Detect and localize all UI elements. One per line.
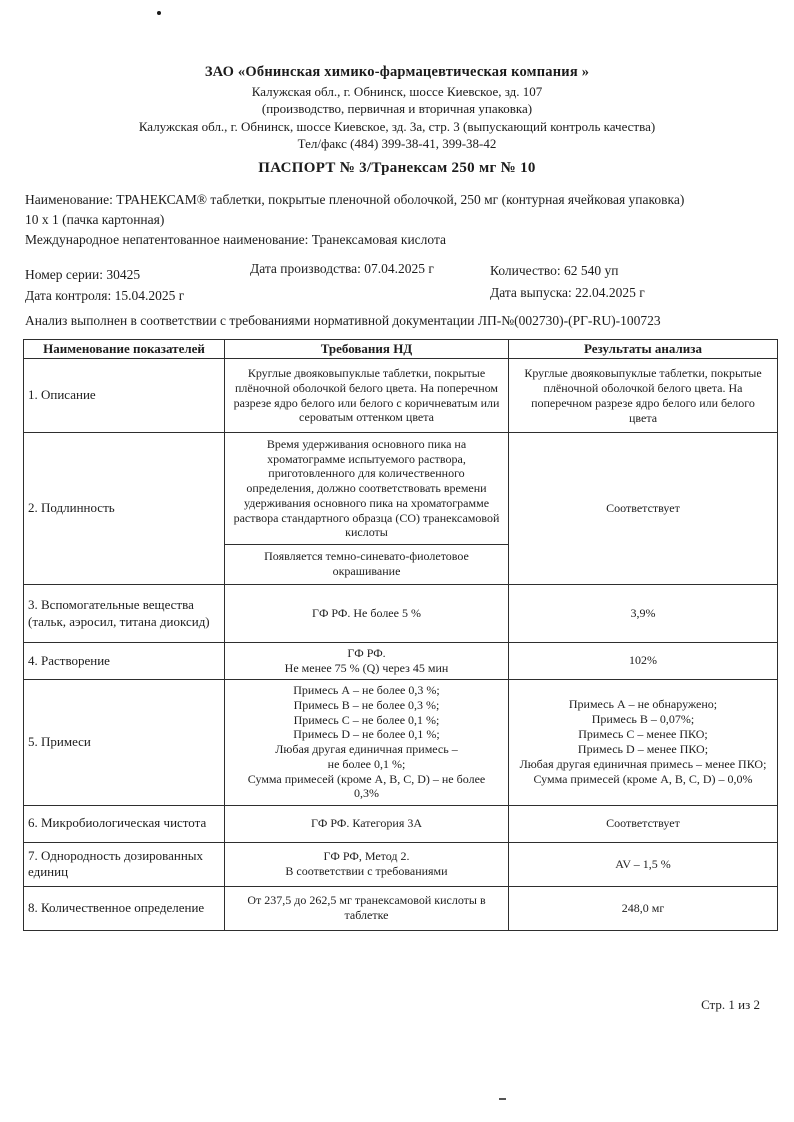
production-note: (производство, первичная и вторичная упа… xyxy=(0,100,794,118)
batch-col-right: Количество: 62 540 уп Дата выпуска: 22.0… xyxy=(490,260,770,306)
indicator-name: 3. Вспомогательные вещества (тальк, аэро… xyxy=(24,585,225,643)
indicator-name: 2. Подлинность xyxy=(24,433,225,585)
document-page: ЗАО «Обнинская химико-фармацевтическая к… xyxy=(0,0,794,1122)
table-row: 8. Количественное определение От 237,5 д… xyxy=(24,886,778,930)
table-row: 2. Подлинность Время удерживания основно… xyxy=(24,433,778,585)
document-header: ЗАО «Обнинская химико-фармацевтическая к… xyxy=(0,0,794,177)
product-name-value: ТРАНЕКСАМ® таблетки, покрытые пленочной … xyxy=(25,192,684,227)
table-row: 4. Растворение ГФ РФ. Не менее 75 % (Q) … xyxy=(24,643,778,680)
indicator-name: 4. Растворение xyxy=(24,643,225,680)
scan-artifact-dash xyxy=(499,1098,506,1100)
product-name-label: Наименование: xyxy=(25,192,113,207)
result-cell: Круглые двояковыпуклые таблетки, покрыты… xyxy=(509,359,778,433)
release-date: Дата выпуска: 22.04.2025 г xyxy=(490,282,770,304)
indicator-name: 1. Описание xyxy=(24,359,225,433)
inn-label: Международное непатентованное наименован… xyxy=(25,232,308,247)
requirement-text: Время удерживания основного пика на хром… xyxy=(225,434,508,544)
header-indicator: Наименование показателей xyxy=(24,340,225,359)
product-name-line: Наименование: ТРАНЕКСАМ® таблетки, покры… xyxy=(25,190,770,230)
requirement-text: От 237,5 до 262,5 мг транексамовой кисло… xyxy=(225,890,508,926)
header-results: Результаты анализа xyxy=(509,340,778,359)
table-row: 7. Однородность дозированных единиц ГФ Р… xyxy=(24,842,778,886)
header-requirements: Требования НД xyxy=(225,340,509,359)
result-cell: 248,0 мг xyxy=(509,886,778,930)
table-header-row: Наименование показателей Требования НД Р… xyxy=(24,340,778,359)
quantity: Количество: 62 540 уп xyxy=(490,260,770,282)
phone-line: Тел/факс (484) 399-38-41, 399-38-42 xyxy=(0,135,794,153)
requirement-text: ГФ РФ, Метод 2. В соответствии с требова… xyxy=(225,846,508,882)
production-date: Дата производства: 07.04.2025 г xyxy=(250,258,490,279)
requirement-cell: От 237,5 до 262,5 мг транексамовой кисло… xyxy=(225,886,509,930)
product-section: Наименование: ТРАНЕКСАМ® таблетки, покры… xyxy=(25,190,770,250)
table-row: 5. Примеси Примесь А – не более 0,3 %; П… xyxy=(24,679,778,805)
requirement-cell: Круглые двояковыпуклые таблетки, покрыты… xyxy=(225,359,509,433)
requirement-cell: Время удерживания основного пика на хром… xyxy=(225,433,509,585)
requirement-text: ГФ РФ. Не менее 75 % (Q) через 45 мин xyxy=(225,643,508,679)
series-number: Номер серии: 30425 xyxy=(25,264,250,285)
address-line-1: Калужская обл., г. Обнинск, шоссе Киевск… xyxy=(0,83,794,101)
requirement-text: Появляется темно-синевато-фиолетовое окр… xyxy=(225,544,508,584)
result-cell: Примесь А – не обнаружено; Примесь В – 0… xyxy=(509,679,778,805)
requirement-cell: Примесь А – не более 0,3 %; Примесь В – … xyxy=(225,679,509,805)
passport-title: ПАСПОРТ № 3/Транексам 250 мг № 10 xyxy=(0,160,794,178)
requirement-text: Круглые двояковыпуклые таблетки, покрыты… xyxy=(225,363,508,428)
table-row: 6. Микробиологическая чистота ГФ РФ. Кат… xyxy=(24,805,778,842)
result-cell: 3,9% xyxy=(509,585,778,643)
result-cell: Соответствует xyxy=(509,805,778,842)
indicator-name: 6. Микробиологическая чистота xyxy=(24,805,225,842)
page-number: Стр. 1 из 2 xyxy=(701,997,760,1013)
table-row: 1. Описание Круглые двояковыпуклые табле… xyxy=(24,359,778,433)
company-name: ЗАО «Обнинская химико-фармацевтическая к… xyxy=(0,64,794,82)
batch-col-middle: Дата производства: 07.04.2025 г xyxy=(250,258,490,306)
result-cell: 102% xyxy=(509,643,778,680)
requirement-text: Примесь А – не более 0,3 %; Примесь В – … xyxy=(225,680,508,804)
requirement-cell: ГФ РФ. Не менее 75 % (Q) через 45 мин xyxy=(225,643,509,680)
requirement-cell: ГФ РФ. Категория 3А xyxy=(225,805,509,842)
requirement-cell: ГФ РФ. Не более 5 % xyxy=(225,585,509,643)
requirement-cell: ГФ РФ, Метод 2. В соответствии с требова… xyxy=(225,842,509,886)
analysis-table: Наименование показателей Требования НД Р… xyxy=(23,339,778,931)
address-line-2: Калужская обл., г. Обнинск, шоссе Киевск… xyxy=(0,118,794,136)
requirement-text: ГФ РФ. Не более 5 % xyxy=(225,603,508,624)
table-row: 3. Вспомогательные вещества (тальк, аэро… xyxy=(24,585,778,643)
indicator-name: 5. Примеси xyxy=(24,679,225,805)
indicator-name: 7. Однородность дозированных единиц xyxy=(24,842,225,886)
result-cell: Соответствует xyxy=(509,433,778,585)
batch-info: Номер серии: 30425 Дата контроля: 15.04.… xyxy=(25,258,770,306)
inn-line: Международное непатентованное наименован… xyxy=(25,230,770,250)
indicator-name: 8. Количественное определение xyxy=(24,886,225,930)
requirement-text: ГФ РФ. Категория 3А xyxy=(225,813,508,834)
inn-value: Транексамовая кислота xyxy=(312,232,446,247)
scan-artifact-dot xyxy=(157,11,161,15)
control-date: Дата контроля: 15.04.2025 г xyxy=(25,285,250,306)
result-cell: AV – 1,5 % xyxy=(509,842,778,886)
batch-col-left: Номер серии: 30425 Дата контроля: 15.04.… xyxy=(25,264,250,306)
compliance-note: Анализ выполнен в соответствии с требова… xyxy=(25,313,770,329)
